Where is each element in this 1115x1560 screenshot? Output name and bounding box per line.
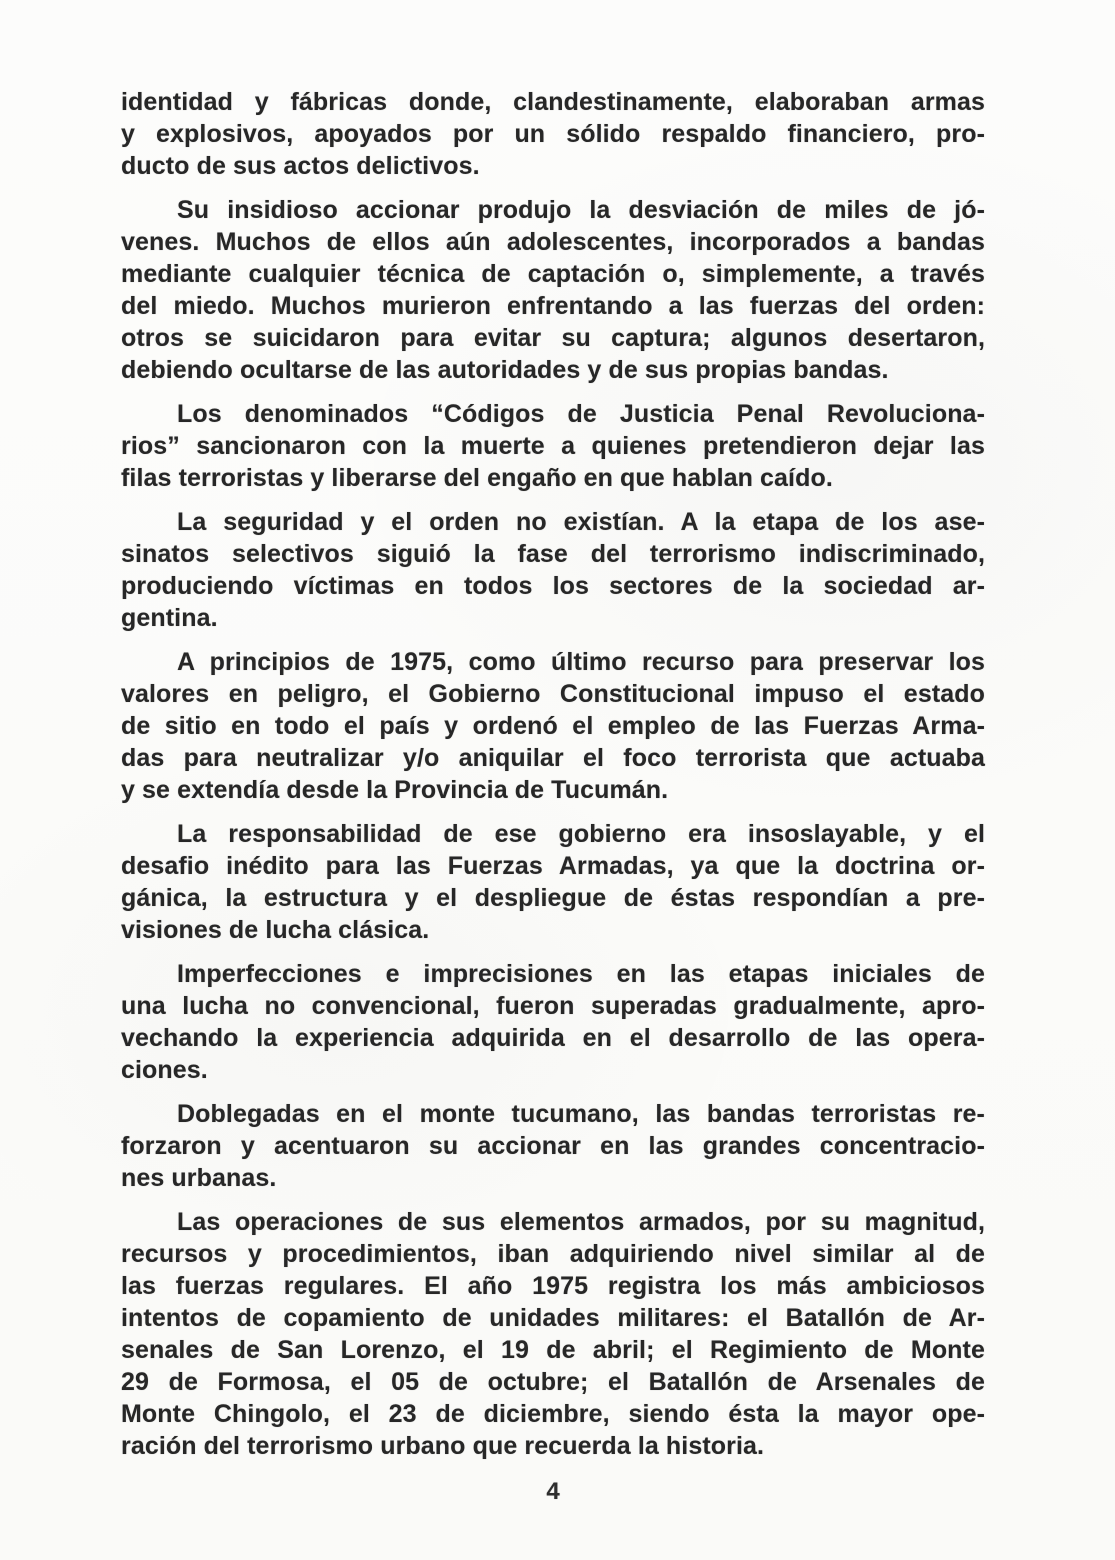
text-line: Las operaciones de sus elementos armados… [121, 1206, 985, 1238]
paragraph: La seguridad y el orden no existían. A l… [121, 506, 985, 634]
text-line: gánica, la estructura y el despliegue de… [121, 882, 985, 914]
paragraph: A principios de 1975, como último recurs… [121, 646, 985, 806]
text-line: las fuerzas regulares. El año 1975 regis… [121, 1270, 985, 1302]
paragraph: Las operaciones de sus elementos armados… [121, 1206, 985, 1462]
text-line: Monte Chingolo, el 23 de diciembre, sien… [121, 1398, 985, 1430]
text-line: Doblegadas en el monte tucumano, las ban… [121, 1098, 985, 1130]
text-line: visiones de lucha clásica. [121, 914, 985, 946]
paragraph: Los denominados “Códigos de Justicia Pen… [121, 398, 985, 494]
text-line: recursos y procedimientos, iban adquirie… [121, 1238, 985, 1270]
text-line: A principios de 1975, como último recurs… [121, 646, 985, 678]
text-line: ciones. [121, 1054, 985, 1086]
text-line: Los denominados “Códigos de Justicia Pen… [121, 398, 985, 430]
text-block: identidad y fábricas donde, clandestinam… [121, 86, 985, 1474]
text-line: 29 de Formosa, el 05 de octubre; el Bata… [121, 1366, 985, 1398]
text-line: una lucha no convencional, fueron supera… [121, 990, 985, 1022]
text-line: identidad y fábricas donde, clandestinam… [121, 86, 985, 118]
text-line: y explosivos, apoyados por un sólido res… [121, 118, 985, 150]
text-line: La responsabilidad de ese gobierno era i… [121, 818, 985, 850]
text-line: filas terroristas y liberarse del engaño… [121, 462, 985, 494]
paragraph: Doblegadas en el monte tucumano, las ban… [121, 1098, 985, 1194]
text-line: gentina. [121, 602, 985, 634]
text-line: rios” sancionaron con la muerte a quiene… [121, 430, 985, 462]
text-line: de sitio en todo el país y ordenó el emp… [121, 710, 985, 742]
paragraph: La responsabilidad de ese gobierno era i… [121, 818, 985, 946]
text-line: La seguridad y el orden no existían. A l… [121, 506, 985, 538]
paragraph: Imperfecciones e imprecisiones en las et… [121, 958, 985, 1086]
text-line: del miedo. Muchos murieron enfrentando a… [121, 290, 985, 322]
text-line: mediante cualquier técnica de captación … [121, 258, 985, 290]
text-line: venes. Muchos de ellos aún adolescentes,… [121, 226, 985, 258]
text-line: das para neutralizar y/o aniquilar el fo… [121, 742, 985, 774]
text-line: ducto de sus actos delictivos. [121, 150, 985, 182]
text-line: y se extendía desde la Provincia de Tucu… [121, 774, 985, 806]
text-line: intentos de copamiento de unidades milit… [121, 1302, 985, 1334]
scanned-document-page: identidad y fábricas donde, clandestinam… [0, 0, 1115, 1560]
text-line: forzaron y acentuaron su accionar en las… [121, 1130, 985, 1162]
text-line: otros se suicidaron para evitar su captu… [121, 322, 985, 354]
text-line: ración del terrorismo urbano que recuerd… [121, 1430, 985, 1462]
page-number: 4 [121, 1478, 985, 1506]
text-line: desafio inédito para las Fuerzas Armadas… [121, 850, 985, 882]
paragraph: Su insidioso accionar produjo la desviac… [121, 194, 985, 386]
text-line: Imperfecciones e imprecisiones en las et… [121, 958, 985, 990]
text-line: produciendo víctimas en todos los sector… [121, 570, 985, 602]
paragraph: identidad y fábricas donde, clandestinam… [121, 86, 985, 182]
text-line: debiendo ocultarse de las autoridades y … [121, 354, 985, 386]
text-line: senales de San Lorenzo, el 19 de abril; … [121, 1334, 985, 1366]
text-line: sinatos selectivos siguió la fase del te… [121, 538, 985, 570]
text-line: vechando la experiencia adquirida en el … [121, 1022, 985, 1054]
text-line: nes urbanas. [121, 1162, 985, 1194]
text-line: valores en peligro, el Gobierno Constitu… [121, 678, 985, 710]
text-line: Su insidioso accionar produjo la desviac… [121, 194, 985, 226]
